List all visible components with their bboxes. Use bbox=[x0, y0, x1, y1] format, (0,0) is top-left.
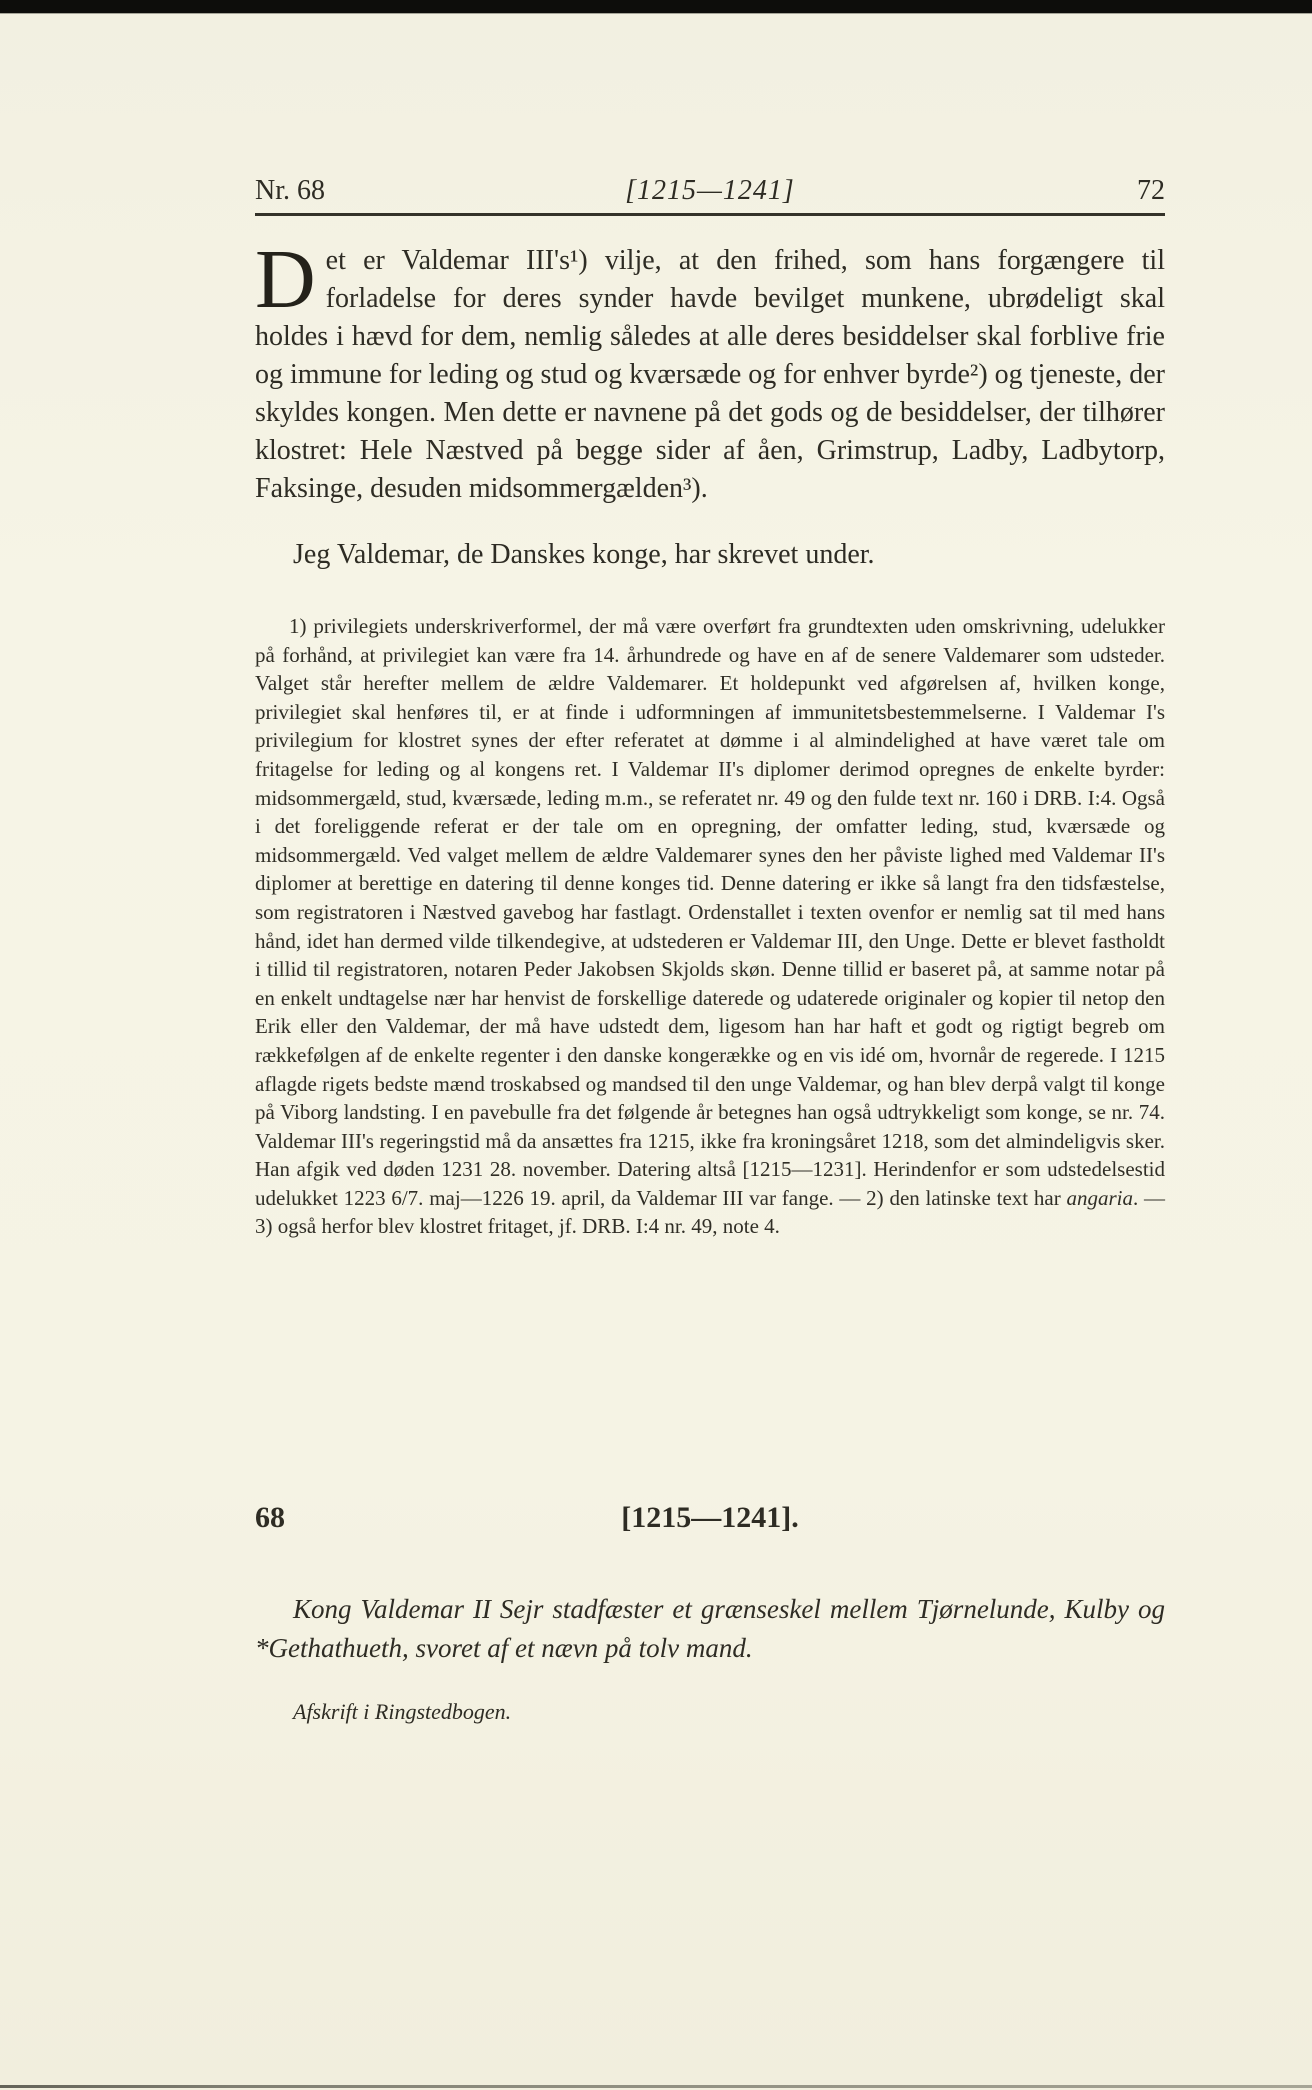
footnote-text: 1) privilegiets underskriverformel, der … bbox=[255, 614, 1165, 1210]
entry-67-subscription: Jeg Valdemar, de Danskes konge, har skre… bbox=[255, 536, 1165, 574]
dropcap-initial: D bbox=[255, 242, 326, 313]
entry-68-date-heading: [1215—1241]. bbox=[255, 1500, 1165, 1536]
entry-67-body: et er Valdemar III's¹) vilje, at den fri… bbox=[255, 245, 1165, 504]
entry-67-text: Det er Valdemar III's¹) vilje, at den fr… bbox=[255, 242, 1165, 508]
entry-68-section: 68 [1215—1241]. Kong Valdemar II Sejr st… bbox=[255, 1500, 1165, 1748]
entry-68-heading: 68 [1215—1241]. bbox=[255, 1500, 1165, 1536]
entry-67-footnotes: 1) privilegiets underskriverformel, der … bbox=[255, 612, 1165, 1241]
scanned-book-page: { "page": { "header": { "number": "Nr. 6… bbox=[0, 0, 1312, 2090]
entry-68-summary: Kong Valdemar II Sejr stadfæster et græn… bbox=[255, 1590, 1165, 1668]
entry-68-source-note: Afskrift i Ringstedbogen. bbox=[255, 1698, 1165, 1726]
running-head-date-range: [1215—1241] bbox=[255, 176, 1165, 206]
page-body: Nr. 68 [1215—1241] 72 Det er Valdemar II… bbox=[255, 0, 1165, 1262]
running-head: Nr. 68 [1215—1241] 72 bbox=[255, 176, 1165, 216]
footnote-latin-term: angaria bbox=[1066, 1186, 1133, 1210]
scan-edge-bottom bbox=[0, 2085, 1312, 2088]
